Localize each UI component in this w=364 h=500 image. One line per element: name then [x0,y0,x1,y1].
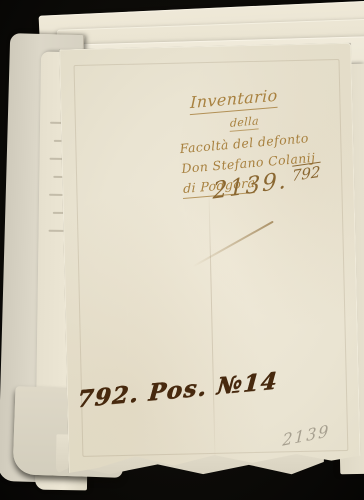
shelfmark-inscription: 792. Pos. №14 [76,367,279,413]
ink-flourish-stroke [193,221,274,267]
vertical-crease [208,186,215,466]
archive-number-suffix: 792 [292,163,321,185]
title-line-inventario: Inventario [190,86,278,115]
pencil-number: 2139 [282,421,331,450]
title-line-della: della [230,114,259,131]
paper-sheet-top: Inventario della Facoltà del defonto Don… [59,43,361,478]
manuscript-photograph: Inventario della Facoltà del defonto Don… [0,0,364,500]
